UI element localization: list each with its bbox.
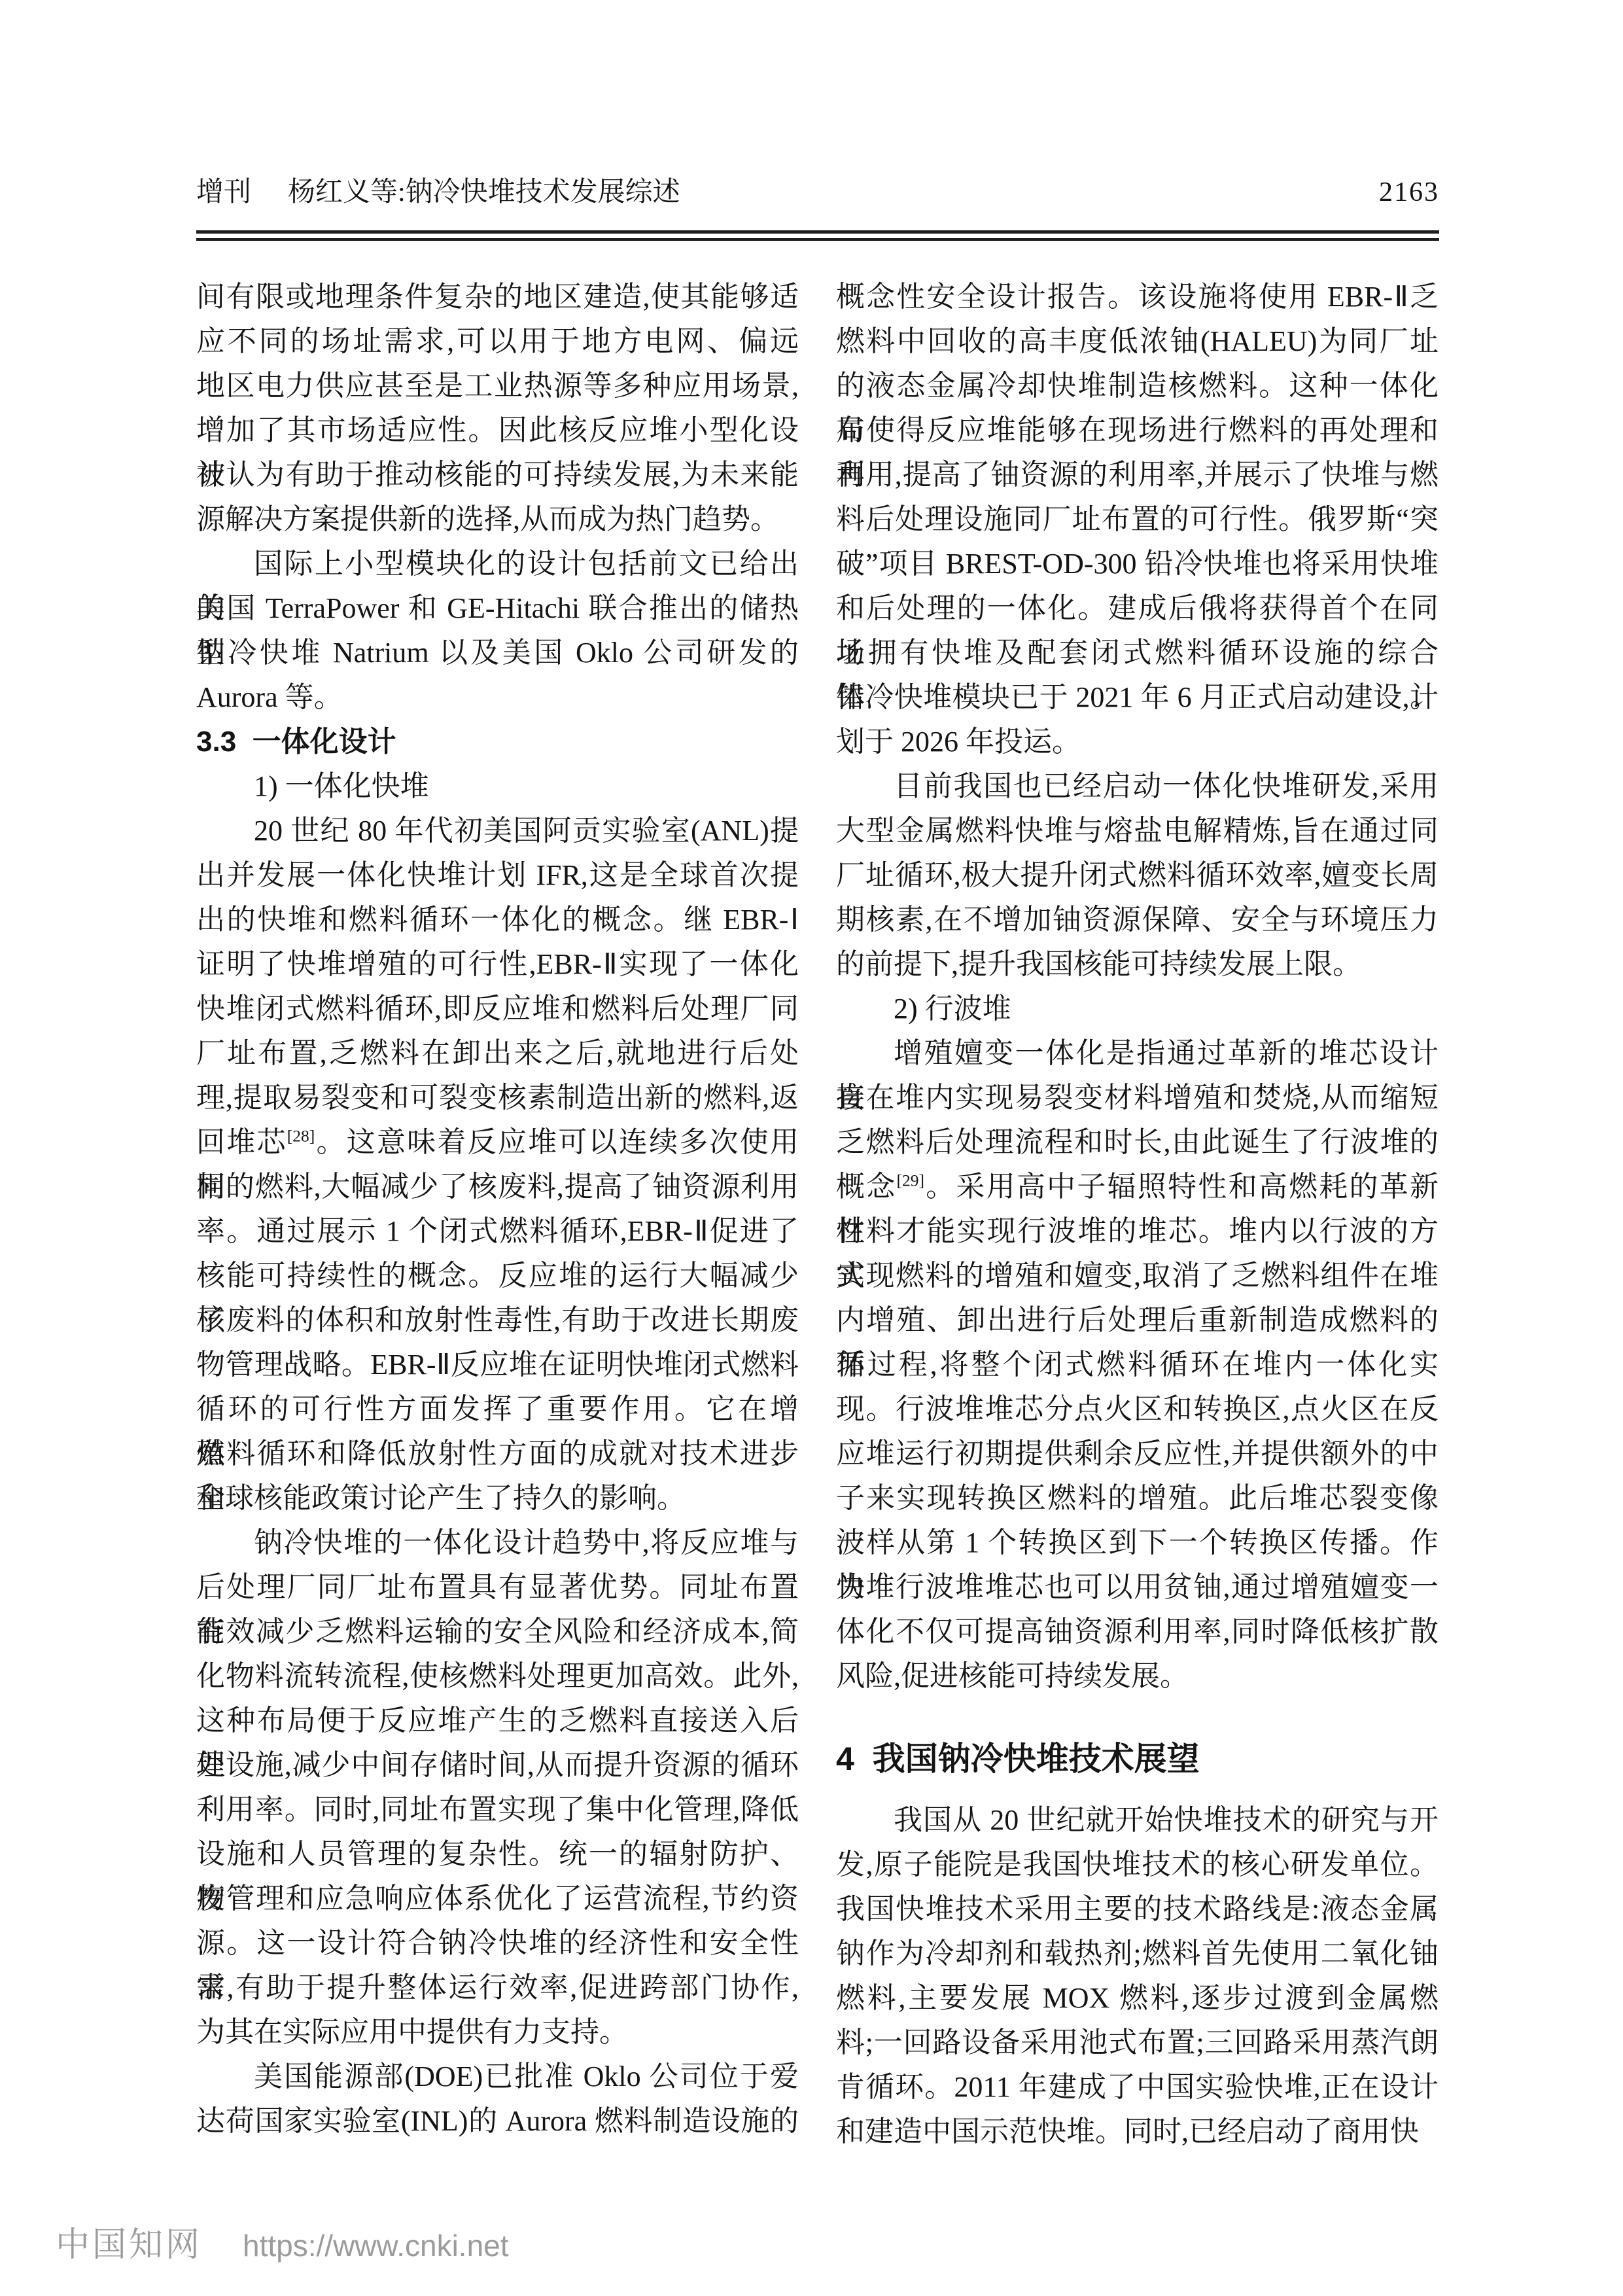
- text-line: 间有限或地理条件复杂的地区建造,使其能够适: [196, 275, 799, 319]
- text-line: 被认为有助于推动核能的可持续发展,为未来能: [196, 453, 799, 497]
- text-line: 国际上小型模块化的设计包括前文已给出的: [196, 542, 799, 586]
- text-line: 地区电力供应甚至是工业热源等多种应用场景,: [196, 364, 799, 408]
- text-line: 和后处理的一体化。建成后俄将获得首个在同场: [836, 586, 1439, 631]
- text-line: 址拥有快堆及配套闭式燃料循环设施的综合体。: [836, 631, 1439, 675]
- text-line: 2) 行波堆: [836, 987, 1439, 1031]
- text-line: 实现燃料的增殖和嬗变,取消了乏燃料组件在堆: [836, 1254, 1439, 1298]
- citation-superscript: [29]: [896, 1171, 924, 1190]
- text-line: 和建造中国示范快堆。同时,已经启动了商用快: [836, 2110, 1439, 2154]
- content-columns: 间有限或地理条件复杂的地区建造,使其能够适应不同的场址需求,可以用于地方电网、偏…: [196, 275, 1439, 2154]
- cnki-site-url: https://www.cnki.net: [243, 2228, 509, 2263]
- page-footer: 中国知网 https://www.cnki.net: [56, 2217, 509, 2266]
- text-line: 燃料中回收的高丰度低浓铀(HALEU)为同厂址: [836, 319, 1439, 364]
- text-line: 证明了快堆增殖的可行性,EBR-Ⅱ实现了一体化: [196, 942, 799, 987]
- text-line: 求,有助于提升整体运行效率,促进跨部门协作,: [196, 1966, 799, 2010]
- text-line: 增殖嬗变一体化是指通过革新的堆芯设计直: [836, 1031, 1439, 1076]
- text-line: 快堆行波堆堆芯也可以用贫铀,通过增殖嬗变一: [836, 1565, 1439, 1610]
- text-line: 核能可持续性的概念。反应堆的运行大幅减少了: [196, 1254, 799, 1298]
- text-line: 大型金属燃料快堆与熔盐电解精炼,旨在通过同: [836, 809, 1439, 853]
- running-title: 杨红义等:钠冷快堆技术发展综述: [288, 175, 680, 209]
- text-line: 源解决方案提供新的选择,从而成为热门趋势。: [196, 497, 799, 542]
- text-line: 环过程,将整个闭式燃料循环在堆内一体化实: [836, 1343, 1439, 1387]
- text-line: 料后处理设施同厂址布置的可行性。俄罗斯“突: [836, 497, 1439, 542]
- text-line: 期核素,在不增加铀资源保障、安全与环境压力: [836, 898, 1439, 942]
- text-line: 铅冷快堆模块已于 2021 年 6 月正式启动建设,计: [836, 675, 1439, 720]
- text-line: 增加了其市场适应性。因此核反应堆小型化设计: [196, 408, 799, 453]
- text-line: 体化不仅可提高铀资源利用率,同时降低核扩散: [836, 1610, 1439, 1654]
- citation-superscript: [28]: [287, 1126, 315, 1145]
- text-line: 全球核能政策讨论产生了持久的影响。: [196, 1476, 799, 1521]
- text-line: Aurora 等。: [196, 675, 799, 720]
- text-line: 的液态金属冷却快堆制造核燃料。这种一体化布: [836, 364, 1439, 408]
- text-line: 内增殖、卸出进行后处理后重新制造成燃料的循: [836, 1298, 1439, 1343]
- text-line: 现。行波堆堆芯分点火区和转换区,点火区在反: [836, 1387, 1439, 1432]
- text-line: 美国 TerraPower 和 GE-Hitachi 联合推出的储热型: [196, 586, 799, 631]
- text-line: 这种布局便于反应堆产生的乏燃料直接送入后处: [196, 1699, 799, 1743]
- text-line: 发,原子能院是我国快堆技术的核心研发单位。: [836, 1843, 1439, 1887]
- text-line: 回堆芯[28]。这意味着反应堆可以连续多次使用相: [196, 1120, 799, 1165]
- text-line: 化物料流转流程,使核燃料处理更加高效。此外,: [196, 1654, 799, 1699]
- text-line: 的前提下,提升我国核能可持续发展上限。: [836, 942, 1439, 987]
- header-double-rule: [196, 230, 1439, 241]
- text-line: 核废料的体积和放射性毒性,有助于改进长期废: [196, 1298, 799, 1343]
- text-line: 燃料循环和降低放射性方面的成就对技术进步和: [196, 1432, 799, 1476]
- text-line: 20 世纪 80 年代初美国阿贡实验室(ANL)提: [196, 809, 799, 853]
- subsection-heading: 3.3 一体化设计: [196, 720, 799, 764]
- text-line: 概念性安全设计报告。该设施将使用 EBR-Ⅱ乏: [836, 275, 1439, 319]
- text-line: 理,提取易裂变和可裂变核素制造出新的燃料,返: [196, 1076, 799, 1120]
- text-line: 钠作为冷却剂和载热剂;燃料首先使用二氧化铀: [836, 1932, 1439, 1976]
- text-line: 达荷国家实验室(INL)的 Aurora 燃料制造设施的: [196, 2099, 799, 2144]
- text-line: 物管理和应急响应体系优化了运营流程,节约资: [196, 1877, 799, 1921]
- text-line: 厂址循环,极大提升闭式燃料循环效率,嬗变长周: [836, 853, 1439, 898]
- text-line: 厂址布置,乏燃料在卸出来之后,就地进行后处: [196, 1031, 799, 1076]
- text-line: 率。通过展示 1 个闭式燃料循环,EBR-Ⅱ促进了: [196, 1209, 799, 1254]
- text-line: 乏燃料后处理流程和时长,由此诞生了行波堆的: [836, 1120, 1439, 1165]
- text-line: 子来实现转换区燃料的增殖。此后堆芯裂变像波: [836, 1476, 1439, 1521]
- text-line: 快堆闭式燃料循环,即反应堆和燃料后处理厂同: [196, 987, 799, 1031]
- page-header: 增刊 杨红义等:钠冷快堆技术发展综述 2163: [196, 175, 1439, 209]
- text-line: 循环的可行性方面发挥了重要作用。它在增殖、: [196, 1387, 799, 1432]
- text-line: 风险,促进核能可持续发展。: [836, 1654, 1439, 1699]
- text-line: 出的快堆和燃料循环一体化的概念。继 EBR-Ⅰ: [196, 898, 799, 942]
- text-line: 肯循环。2011 年建成了中国实验快堆,正在设计: [836, 2065, 1439, 2110]
- text-line: 概念[29]。采用高中子辐照特性和高燃耗的革新性: [836, 1165, 1439, 1209]
- page-number: 2163: [1379, 175, 1439, 209]
- text-line: 利用,提高了铀资源的利用率,并展示了快堆与燃: [836, 453, 1439, 497]
- text-line: 我国从 20 世纪就开始快堆技术的研究与开: [836, 1798, 1439, 1843]
- text-line: 破”项目 BREST-OD-300 铅冷快堆也将采用快堆: [836, 542, 1439, 586]
- issue-label: 增刊: [196, 175, 251, 209]
- page: { "header": { "issue_label": "增刊", "runn…: [0, 0, 1623, 2296]
- text-line: 钠冷快堆的一体化设计趋势中,将反应堆与: [196, 1521, 799, 1565]
- text-line: 出并发展一体化快堆计划 IFR,这是全球首次提: [196, 853, 799, 898]
- text-line: 1) 一体化快堆: [196, 764, 799, 809]
- text-line: 美国能源部(DOE)已批准 Oklo 公司位于爱: [196, 2055, 799, 2099]
- text-line: 利用率。同时,同址布置实现了集中化管理,降低: [196, 1788, 799, 1832]
- text-line: 同的燃料,大幅减少了核废料,提高了铀资源利用: [196, 1165, 799, 1209]
- text-line: 设施和人员管理的复杂性。统一的辐射防护、废: [196, 1832, 799, 1877]
- text-line: 为其在实际应用中提供有力支持。: [196, 2010, 799, 2055]
- text-line: 目前我国也已经启动一体化快堆研发,采用: [836, 764, 1439, 809]
- text-line: 材料才能实现行波堆的堆芯。堆内以行波的方式: [836, 1209, 1439, 1254]
- cnki-site-name: 中国知网: [56, 2217, 202, 2266]
- text-line: 理设施,减少中间存储时间,从而提升资源的循环: [196, 1743, 799, 1788]
- text-line: 应不同的场址需求,可以用于地方电网、偏远: [196, 319, 799, 364]
- text-line: 燃料,主要发展 MOX 燃料,逐步过渡到金属燃: [836, 1976, 1439, 2021]
- text-line: 接在堆内实现易裂变材料增殖和焚烧,从而缩短: [836, 1076, 1439, 1120]
- text-line: 后处理厂同厂址布置具有显著优势。同址布置能: [196, 1565, 799, 1610]
- text-line: 有效减少乏燃料运输的安全风险和经济成本,简: [196, 1610, 799, 1654]
- section-heading: 4 我国钠冷快堆技术展望: [836, 1737, 1439, 1781]
- text-line: 我国快堆技术采用主要的技术路线是:液态金属: [836, 1887, 1439, 1932]
- text-line: 局使得反应堆能够在现场进行燃料的再处理和再: [836, 408, 1439, 453]
- text-line: 应堆运行初期提供剩余反应性,并提供额外的中: [836, 1432, 1439, 1476]
- text-line: 划于 2026 年投运。: [836, 720, 1439, 764]
- text-line: 源。这一设计符合钠冷快堆的经济性和安全性需: [196, 1921, 799, 1966]
- text-line: 物管理战略。EBR-Ⅱ反应堆在证明快堆闭式燃料: [196, 1343, 799, 1387]
- column-left: 间有限或地理条件复杂的地区建造,使其能够适应不同的场址需求,可以用于地方电网、偏…: [196, 275, 799, 2154]
- text-line: 一样从第 1 个转换区到下一个转换区传播。作为: [836, 1521, 1439, 1565]
- column-right: 概念性安全设计报告。该设施将使用 EBR-Ⅱ乏燃料中回收的高丰度低浓铀(HALE…: [836, 275, 1439, 2154]
- text-line: 料;一回路设备采用池式布置;三回路采用蒸汽朗: [836, 2021, 1439, 2065]
- text-line: 钠冷快堆 Natrium 以及美国 Oklo 公司研发的: [196, 631, 799, 675]
